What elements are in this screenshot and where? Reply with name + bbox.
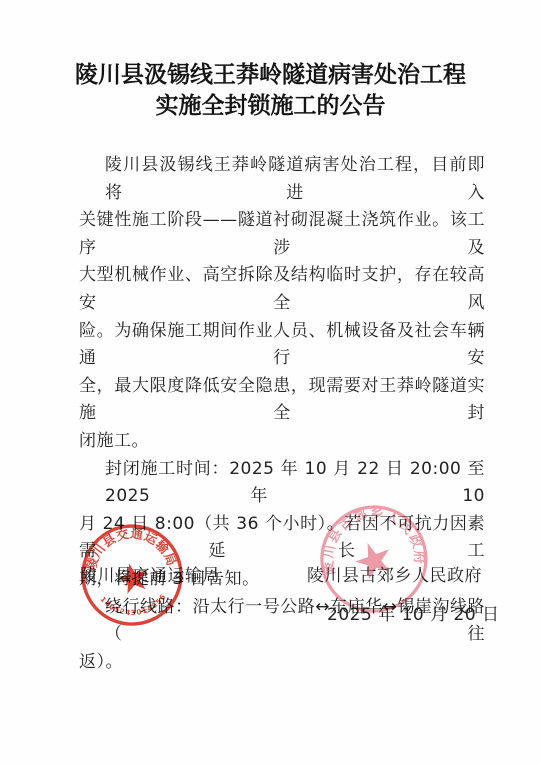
body-line: 全，最大限度降低安全隐患，现需要对王莽岭隧道实施全封 <box>79 373 485 428</box>
left-signer-name: 陵川县交通运输局 <box>80 561 220 586</box>
body-line: 返）。 <box>79 649 485 677</box>
body-line: 陵川县汲锡线王莽岭隧道病害处治工程，目前即将进入 <box>79 152 485 207</box>
notice-page: 陵川县汲锡线王莽岭隧道病害处治工程 实施全封锁施工的公告 陵川县汲锡线王莽岭隧道… <box>0 0 541 765</box>
right-signer-name: 陵川县古郊乡人民政府 <box>307 561 482 586</box>
body-line: 月 24 日 8:00（共 36 个小时）。若因不可抗力因素需延长工 <box>79 511 485 566</box>
title-line-1: 陵川县汲锡线王莽岭隧道病害处治工程 <box>0 60 541 91</box>
body-line: 大型机械作业、高空拆除及结构临时支护，存在较高安全风 <box>79 262 485 317</box>
body-line-closure-time: 封闭施工时间：2025 年 10 月 22 日 20:00 至 2025 年 1… <box>79 456 485 511</box>
body-line: 险。为确保施工期间作业人员、机械设备及社会车辆通行安 <box>79 318 485 373</box>
notice-body: 陵川县汲锡线王莽岭隧道病害处治工程，目前即将进入 关键性施工阶段——隧道衬砌混凝… <box>79 152 485 676</box>
body-line: 关键性施工阶段——隧道衬砌混凝土浇筑作业。该工序涉及 <box>79 207 485 262</box>
title-line-2: 实施全封锁施工的公告 <box>0 91 541 122</box>
signature-date: 2025 年 10 月 20 日 <box>327 600 500 625</box>
notice-title: 陵川县汲锡线王莽岭隧道病害处治工程 实施全封锁施工的公告 <box>0 60 541 122</box>
body-line: 闭施工。 <box>79 428 485 456</box>
